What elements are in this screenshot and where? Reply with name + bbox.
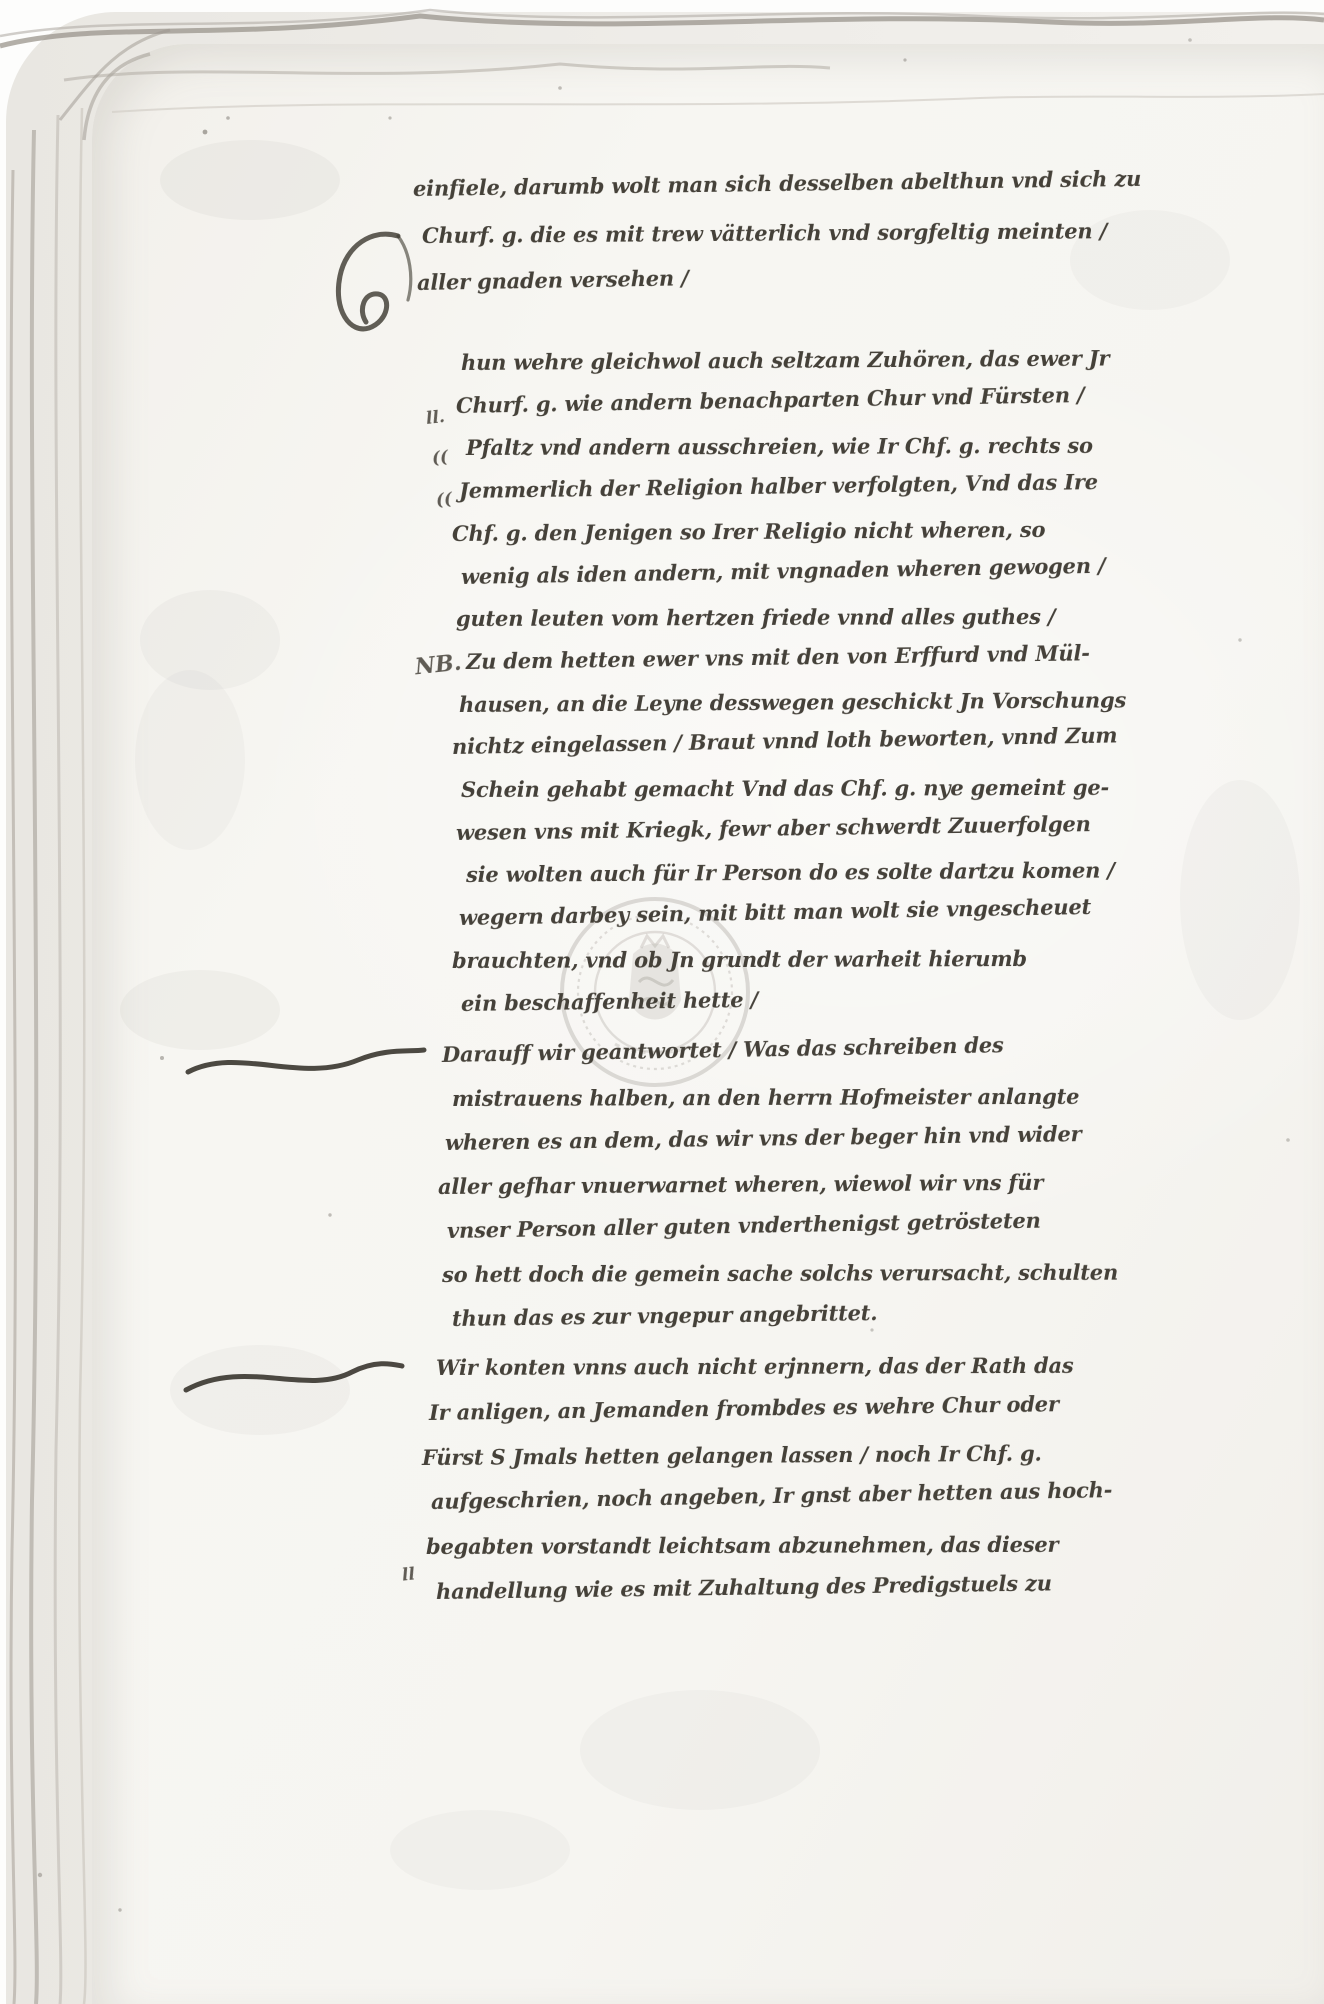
manuscript-line: nichtz eingelassen / Braut vnnd loth bew… xyxy=(452,722,1118,759)
manuscript-line: einfiele, darumb wolt man sich desselben… xyxy=(413,166,1141,201)
manuscript-line: Darauff wir geantwortet / Was das schrei… xyxy=(442,1032,1004,1067)
manuscript-line: wesen vns mit Kriegk, fewr aber schwerdt… xyxy=(456,811,1091,845)
manuscript-line: sie wolten auch für Ir Person do es solt… xyxy=(466,857,1115,887)
manuscript-line: Wir konten vnns auch nicht erjnnern, das… xyxy=(436,1353,1074,1380)
margin-mark: (( xyxy=(435,489,453,511)
margin-mark: ll xyxy=(401,1564,416,1585)
manuscript-line: handellung wie es mit Zuhaltung des Pred… xyxy=(436,1570,1052,1604)
manuscript-line: brauchten, vnd ob Jn grundt der warheit … xyxy=(452,946,1027,973)
manuscript-line: aller gnaden versehen / xyxy=(417,265,689,295)
manuscript-line: wheren es an dem, das wir vns der beger … xyxy=(445,1121,1082,1155)
manuscript-line: Ir anligen, an Jemanden frombdes es wehr… xyxy=(429,1391,1059,1425)
manuscript-line: Pfaltz vnd andern ausschreien, wie Ir Ch… xyxy=(466,433,1093,460)
manuscript-line: aufgeschrien, noch angeben, Ir gnst aber… xyxy=(431,1477,1113,1514)
margin-mark: ll. xyxy=(425,407,446,429)
manuscript-line: Jemmerlich der Religion halber verfolgte… xyxy=(459,469,1098,503)
manuscript-line: wenig als iden andern, mit vngnaden wher… xyxy=(461,553,1106,589)
manuscript-line: Chf. g. den Jenigen so Irer Religio nich… xyxy=(452,517,1045,546)
manuscript-line: ein beschaffenheit hette / xyxy=(461,987,758,1016)
manuscript-line: Schein gehabt gemacht Vnd das Chf. g. ny… xyxy=(461,775,1109,802)
manuscript-line: vnser Person aller guten vnderthenigst g… xyxy=(447,1208,1041,1243)
manuscript-line: wegern darbey sein, mit bitt man wolt si… xyxy=(459,894,1091,930)
manuscript-line: guten leuten vom hertzen friede vnnd all… xyxy=(456,604,1055,631)
manuscript-line: so hett doch die gemein sache solchs ver… xyxy=(442,1260,1118,1287)
margin-mark: (( xyxy=(431,447,449,469)
manuscript-line: aller gefhar vnuerwarnet wheren, wiewol … xyxy=(438,1170,1043,1199)
manuscript-line: Churf. g. die es mit trew vätterlich vnd… xyxy=(422,218,1107,248)
manuscript-line: hun wehre gleichwol auch seltzam Zuhören… xyxy=(461,345,1110,375)
manuscript-line: Zu dem hetten ewer vns mit den von Erffu… xyxy=(466,640,1090,674)
manuscript-line: begabten vorstandt leichtsam abzunehmen,… xyxy=(426,1532,1058,1559)
handwritten-text-layer: einfiele, darumb wolt man sich desselben… xyxy=(0,0,1324,2004)
manuscript-line: hausen, an die Leyne desswegen geschickt… xyxy=(459,687,1126,717)
manuscript-line: thun das es zur vngepur angebrittet. xyxy=(452,1300,878,1331)
scanned-manuscript-page: einfiele, darumb wolt man sich desselben… xyxy=(0,0,1324,2004)
manuscript-line: Fürst S Jmals hetten gelangen lassen / n… xyxy=(422,1441,1042,1470)
manuscript-line: Churf. g. wie andern benachparten Chur v… xyxy=(456,382,1085,418)
manuscript-line: mistrauens halben, an den herrn Hofmeist… xyxy=(452,1084,1079,1111)
margin-mark: NB. xyxy=(414,650,463,681)
